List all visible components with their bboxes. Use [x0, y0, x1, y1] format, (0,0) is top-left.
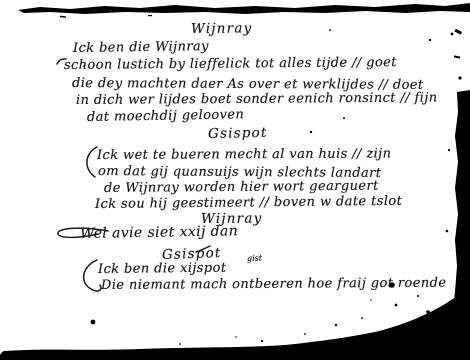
speaker-heading-gsispot: Gsispot — [208, 125, 268, 142]
verse-line: schoon lustich by lieffelick tot alles t… — [64, 55, 397, 73]
verse-line: in dich wer lijdes boet sonder eenich ro… — [76, 90, 438, 108]
verse-line: dat moechdij gelooven — [87, 107, 244, 125]
verse-line: Ick wet te bueren mecht al van huis // z… — [97, 146, 391, 163]
scan-top-edge — [18, 3, 470, 14]
verse-line: Ick ben die Wijnray — [73, 39, 209, 56]
scan-right-edge — [436, 90, 470, 360]
scan-bottom-edge — [0, 288, 470, 360]
superscript-insertion: gist — [247, 253, 262, 263]
verse-line: Die niemant mach ontbeeren hoe fraij got… — [101, 276, 447, 293]
verse-line: de Wijnray worden hier wort gearguert — [104, 179, 379, 196]
speaker-heading-wijnray: Wijnray — [191, 20, 253, 37]
verse-line: Ick ben die xijspot — [98, 261, 227, 277]
manuscript-page-scan: Wijnray Ick ben die Wijnray schoon lusti… — [0, 0, 470, 360]
verse-line: Ick sou hij geestimeert // boven w date … — [95, 194, 402, 212]
stanza-bracket — [87, 147, 97, 177]
verse-line: Wel avie siet xxij dan — [80, 223, 238, 242]
